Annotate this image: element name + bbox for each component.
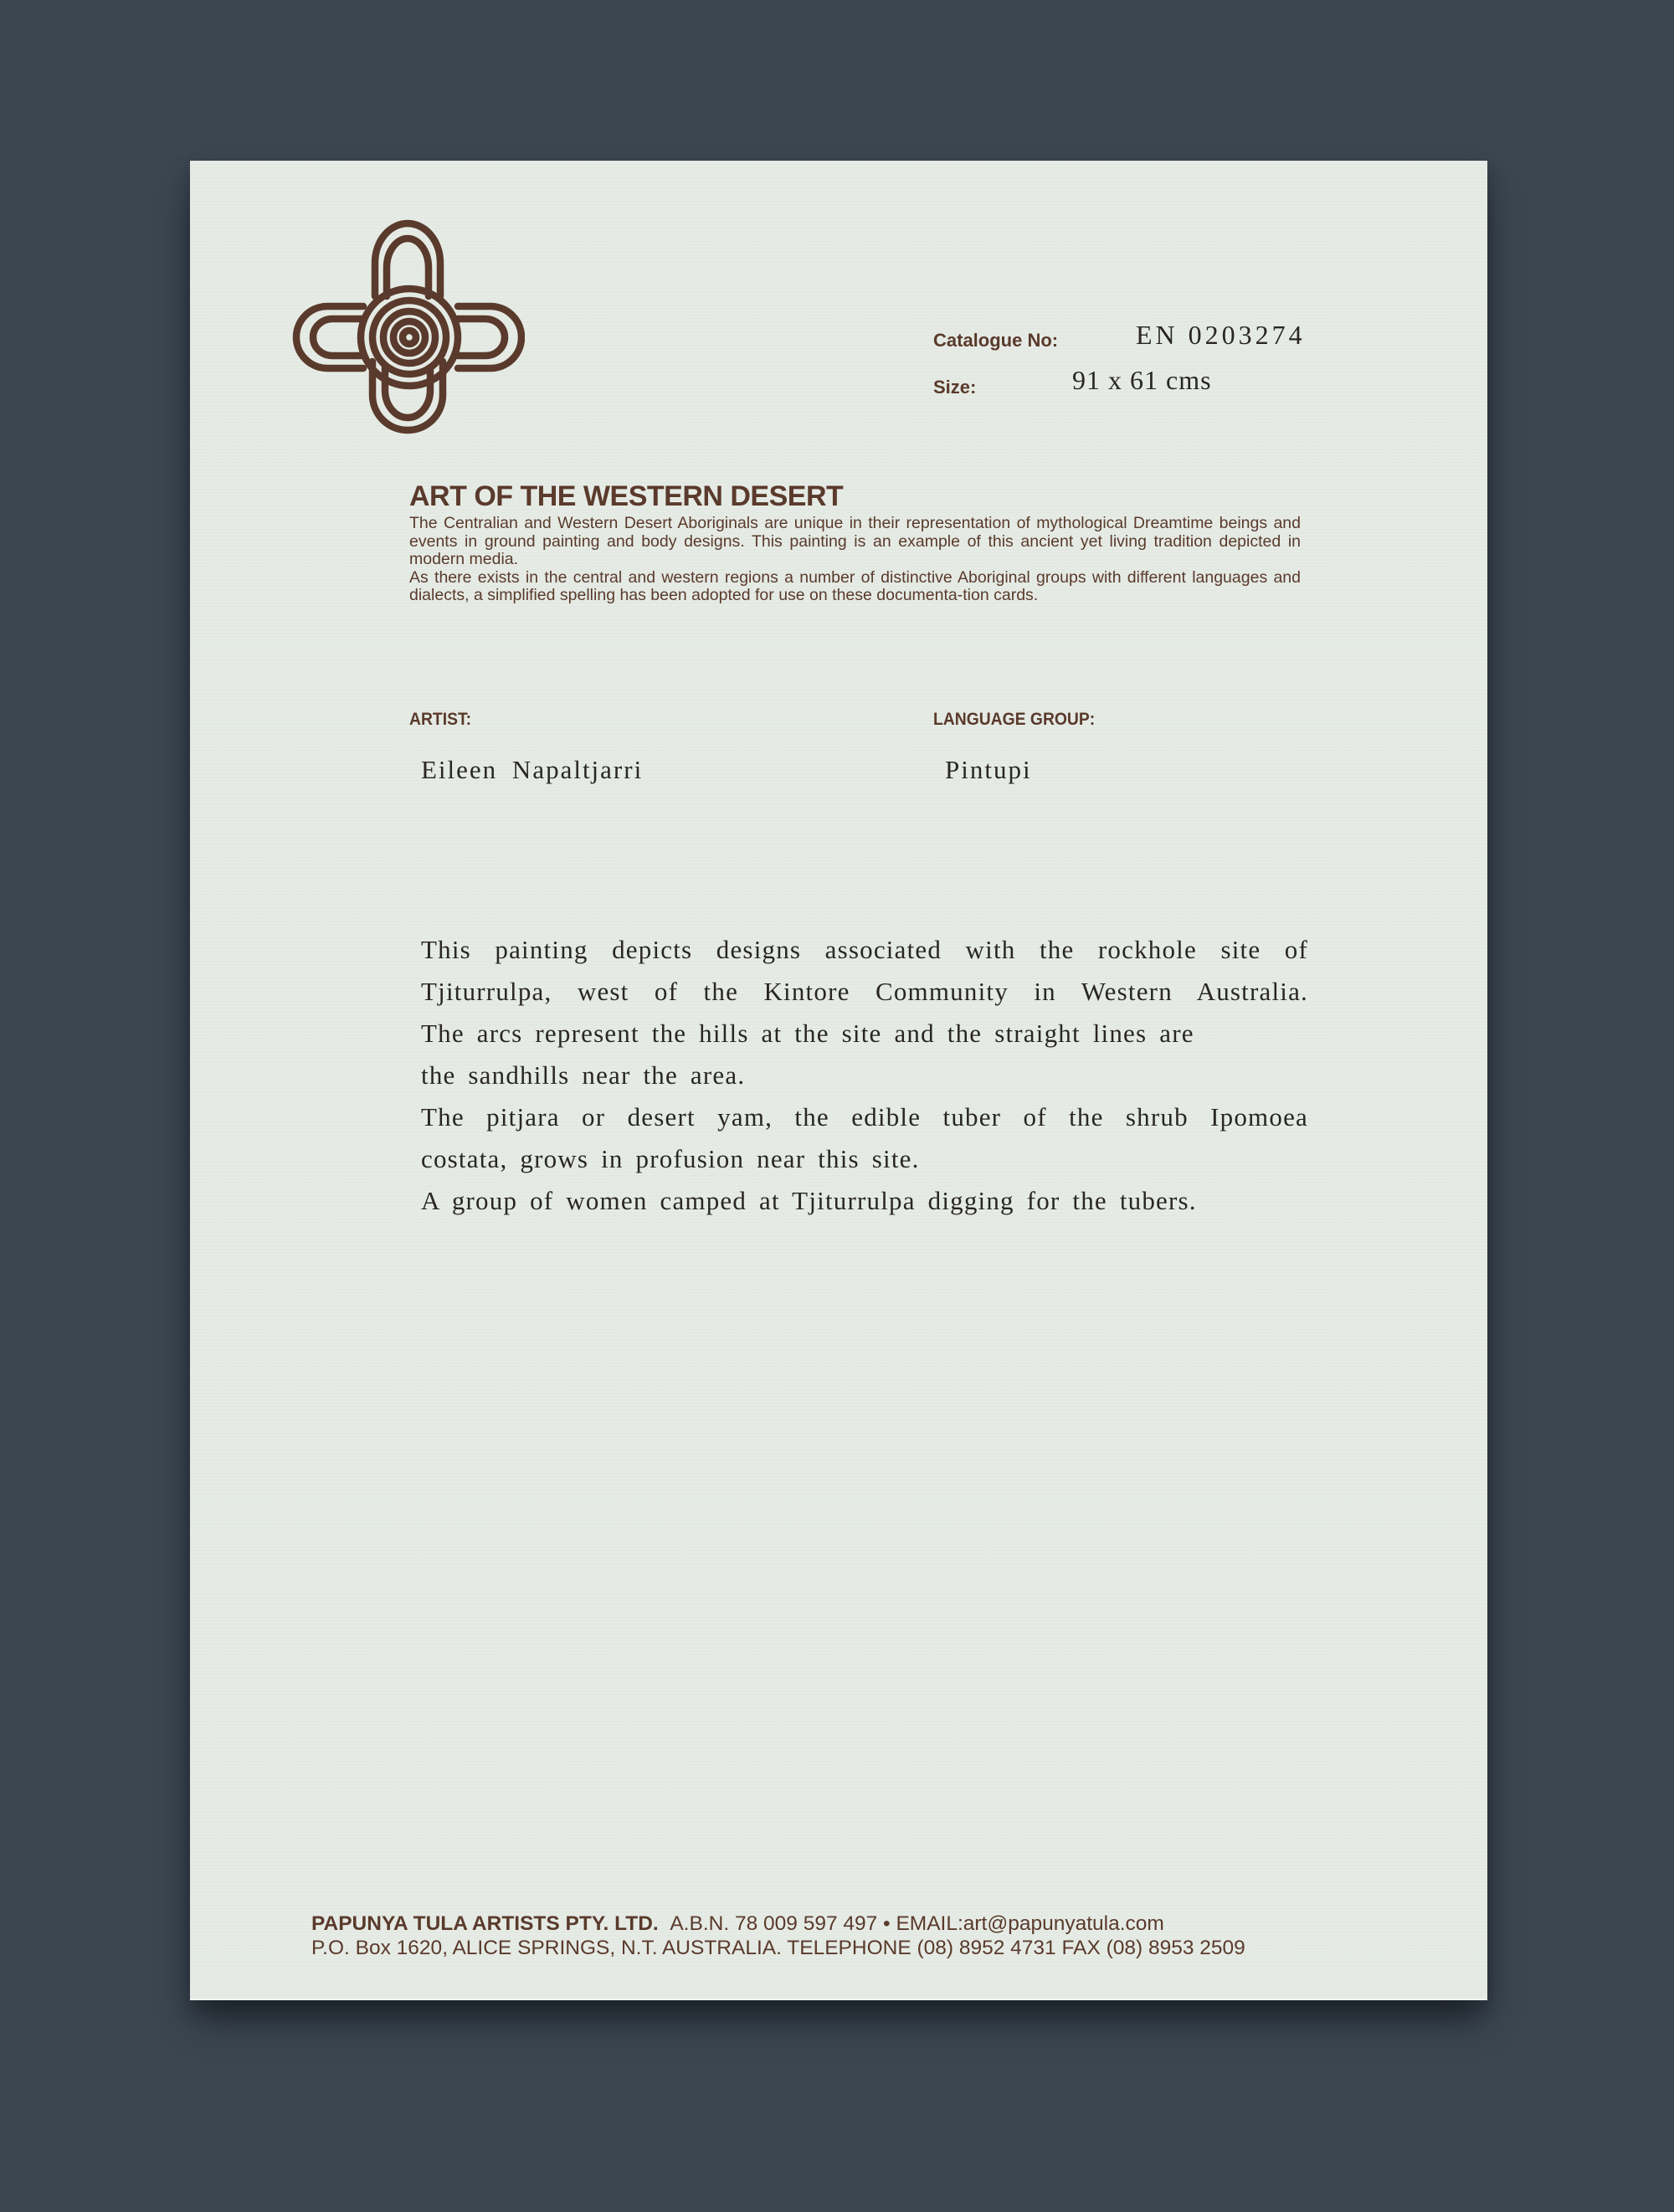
language-group-value: Pintupi [945,755,1032,785]
description-line: A group of women camped at Tjiturrulpa d… [421,1180,1308,1222]
description-line: The arcs represent the hills at the site… [421,1013,1308,1055]
language-group-label: LANGUAGE GROUP: [933,710,1095,730]
intro-section: ART OF THE WESTERN DESERT The Centralian… [409,480,1301,605]
description-line: The pitjara or desert yam, the edible tu… [421,1096,1308,1138]
documentation-card: Catalogue No: EN 0203274 Size: 91 x 61 c… [190,161,1487,2000]
catalogue-number: EN 0203274 [1136,320,1306,351]
size-value: 91 x 61 cms [1072,365,1212,396]
intro-paragraph: As there exists in the central and weste… [409,569,1301,605]
catalogue-label: Catalogue No: [933,330,1058,352]
footer: PAPUNYA TULA ARTISTS PTY. LTD. A.B.N. 78… [311,1912,1399,1960]
description-line: This painting depicts designs associated… [421,929,1308,971]
artist-label: ARTIST: [409,710,471,730]
size-label: Size: [933,377,976,398]
painting-description: This painting depicts designs associated… [421,929,1308,1222]
papunya-tula-emblem-icon [290,219,525,437]
company-name: PAPUNYA TULA ARTISTS PTY. LTD. [311,1912,659,1935]
artist-name: Eileen Napaltjarri [421,755,643,785]
description-line: the sandhills near the area. [421,1055,1308,1096]
intro-title: ART OF THE WESTERN DESERT [409,480,1301,513]
description-line: costata, grows in profusion near this si… [421,1138,1308,1180]
abn-email: A.B.N. 78 009 597 497 • EMAIL:art@papuny… [670,1912,1164,1935]
footer-address: P.O. Box 1620, ALICE SPRINGS, N.T. AUSTR… [311,1936,1399,1960]
footer-line-1: PAPUNYA TULA ARTISTS PTY. LTD. A.B.N. 78… [311,1912,1399,1936]
intro-paragraph: The Centralian and Western Desert Aborig… [409,515,1301,569]
description-line: Tjiturrulpa, west of the Kintore Communi… [421,971,1308,1013]
